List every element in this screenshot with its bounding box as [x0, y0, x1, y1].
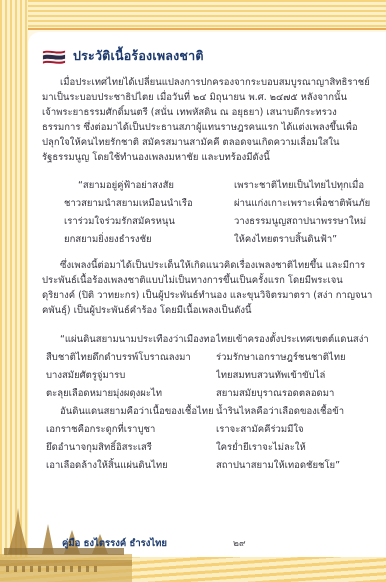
page-footer: คู่มือ ธงไตรรงค์ ธำรงไทย ๒๙ [62, 536, 362, 551]
verse-line: “แผ่นดินสยามนามประเทืองว่าเมืองทอง [46, 331, 216, 349]
verse-line: เอาเลือดล้างให้สิ้นแผ่นดินไทย [46, 457, 216, 475]
verse-line: บางสมัยศัตรูจู่มารบ [46, 367, 216, 385]
page-title: ประวัติเนื้อร้องเพลงชาติ [73, 46, 204, 66]
verse-mahachai: “สยามอยู่คู่ฟ้าอย่าสงสัย เพราะชาติไทยเป็… [42, 177, 374, 249]
verse-line: ไทยสมทบสวนทัพเข้าขับไล่ [216, 367, 374, 385]
verse-line: เอกราชคือกระดูกที่เราบูชา [46, 421, 216, 439]
verse-line: ให้คงไทยตราบสิ้นดินฟ้า” [234, 231, 374, 249]
verse-line: ไทยเข้าครองตั้งประเทศเขตต์แดนสง่า [216, 331, 374, 349]
paragraph-history: เมื่อประเทศไทยได้เปลี่ยนแปลงการปกครองจาก… [42, 75, 374, 165]
verse-line: สยามสมัยบุราณรอดตลอดมา [216, 385, 374, 403]
verse-line: สืบชาติไทยดึกดำบรรพ์โบราณลงมา [46, 349, 216, 367]
verse-line: ใครย่ำยีเราจะไม่ละให้ [216, 439, 374, 457]
verse-line: อันดินแดนสยามคือว่าเนื้อของเชื้อไทย [46, 403, 216, 421]
paragraph-first-lyrics: ซึ่งเพลงนี้ต่อมาได้เป็นประเด็นให้เกิดแนว… [42, 258, 374, 318]
thai-flag-icon [42, 48, 66, 64]
verse-line: น้ำรินไหลคือว่าเลือดของเชื้อข้า [216, 403, 374, 421]
verse-line: เราร่วมใจร่วมรักสมัครหนุน [64, 213, 234, 231]
verse-line: เราจะสามัคคีร่วมมีใจ [216, 421, 374, 439]
verse-line: วางธรรมนูญสถาปนาพรรษาใหม่ [234, 213, 374, 231]
verse-phandin-sayam: “แผ่นดินสยามนามประเทืองว่าเมืองทอง ไทยเข… [42, 331, 374, 475]
book-title: คู่มือ ธงไตรรงค์ ธำรงไทย [62, 536, 167, 551]
verse-line: ชาวสยามนำสยามเหมือนนำเรือ [64, 195, 234, 213]
verse-line: ตะลุยเลือดหมายมุ่งผดุงผะไท [46, 385, 216, 403]
page-number: ๒๙ [233, 536, 246, 550]
section-header: ประวัติเนื้อร้องเพลงชาติ [42, 46, 374, 66]
verse-line: ยกสยามยิ่งยงธำรงชัย [64, 231, 234, 249]
verse-line: ยึดอำนาจกุมสิทธิ์อิสระเสรี [46, 439, 216, 457]
top-border-stripes [0, 0, 386, 30]
verse-line: ร่วมรักษาเอกราษฎร์ชนชาติไทย [216, 349, 374, 367]
verse-line: “สยามอยู่คู่ฟ้าอย่าสงสัย [64, 177, 234, 195]
verse-line: เพราะชาติไทยเป็นไทยไปทุกเมื่อ [234, 177, 374, 195]
verse-line: ผ่านแก่งเกาะเพราะเพื่อชาติพ้นภัย [234, 195, 374, 213]
left-border-stripes [0, 0, 28, 582]
verse-line: สถาปนาสยามให้เทอดชัยชโย” [216, 457, 374, 475]
content-card: ประวัติเนื้อร้องเพลงชาติ เมื่อประเทศไทยไ… [28, 32, 386, 557]
